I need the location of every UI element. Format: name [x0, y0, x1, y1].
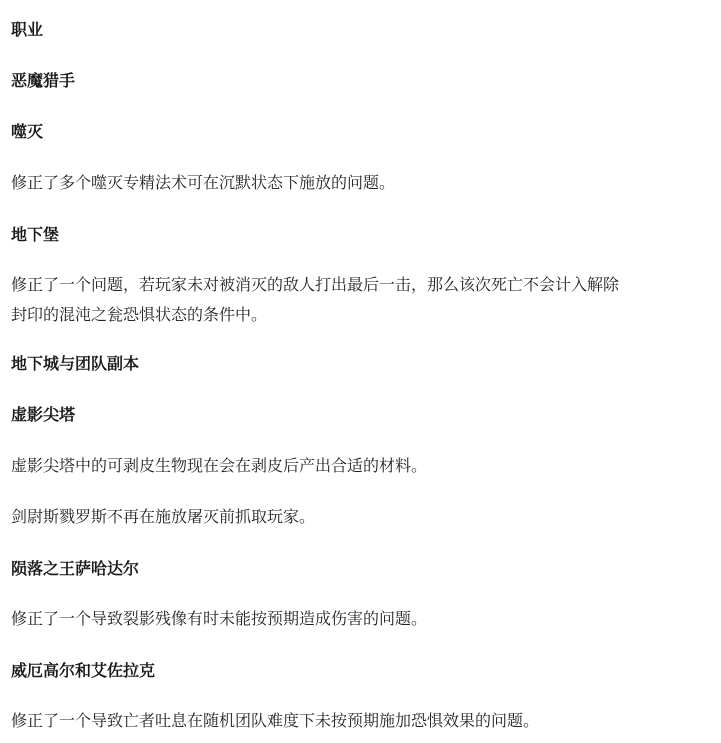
patch-note-paragraph: 虚影尖塔中的可剥皮生物现在会在剥皮后产出合适的材料。 — [11, 451, 427, 481]
patch-note-paragraph: 剑尉斯戮罗斯不再在施放屠灭前抓取玩家。 — [11, 502, 315, 532]
patch-note-paragraph: 修正了一个导致亡者吐息在随机团队难度下未按预期施加恐惧效果的问题。 — [11, 706, 539, 736]
patch-note-paragraph: 修正了一个问题，若玩家未对被消灭的敌人打出最后一击，那么该次死亡不会计入解除 封… — [11, 270, 619, 330]
boss-heading-vaelgor-ezzorak: 威厄高尔和艾佐拉克 — [11, 660, 155, 682]
class-heading-demon-hunter: 恶魔猎手 — [11, 70, 75, 92]
patch-note-paragraph: 修正了多个噬灭专精法术可在沉默状态下施放的问题。 — [11, 168, 395, 198]
section-heading-delves: 地下堡 — [11, 224, 59, 246]
instance-heading-voidspire: 虚影尖塔 — [11, 404, 75, 426]
section-heading-classes: 职业 — [11, 19, 43, 41]
boss-heading-fallen-king-salhadaar: 陨落之王萨哈达尔 — [11, 558, 139, 580]
paragraph-line: 修正了一个问题，若玩家未对被消灭的敌人打出最后一击，那么该次死亡不会计入解除 — [11, 270, 619, 300]
spec-heading-devourer: 噬灭 — [11, 121, 43, 143]
section-heading-dungeons-raids: 地下城与团队副本 — [11, 353, 139, 375]
patch-notes-document: 职业 恶魔猎手 噬灭 修正了多个噬灭专精法术可在沉默状态下施放的问题。 地下堡 … — [0, 0, 721, 743]
patch-note-paragraph: 修正了一个导致裂影残像有时未能按预期造成伤害的问题。 — [11, 604, 427, 634]
paragraph-line: 封印的混沌之瓮恐惧状态的条件中。 — [11, 300, 619, 330]
